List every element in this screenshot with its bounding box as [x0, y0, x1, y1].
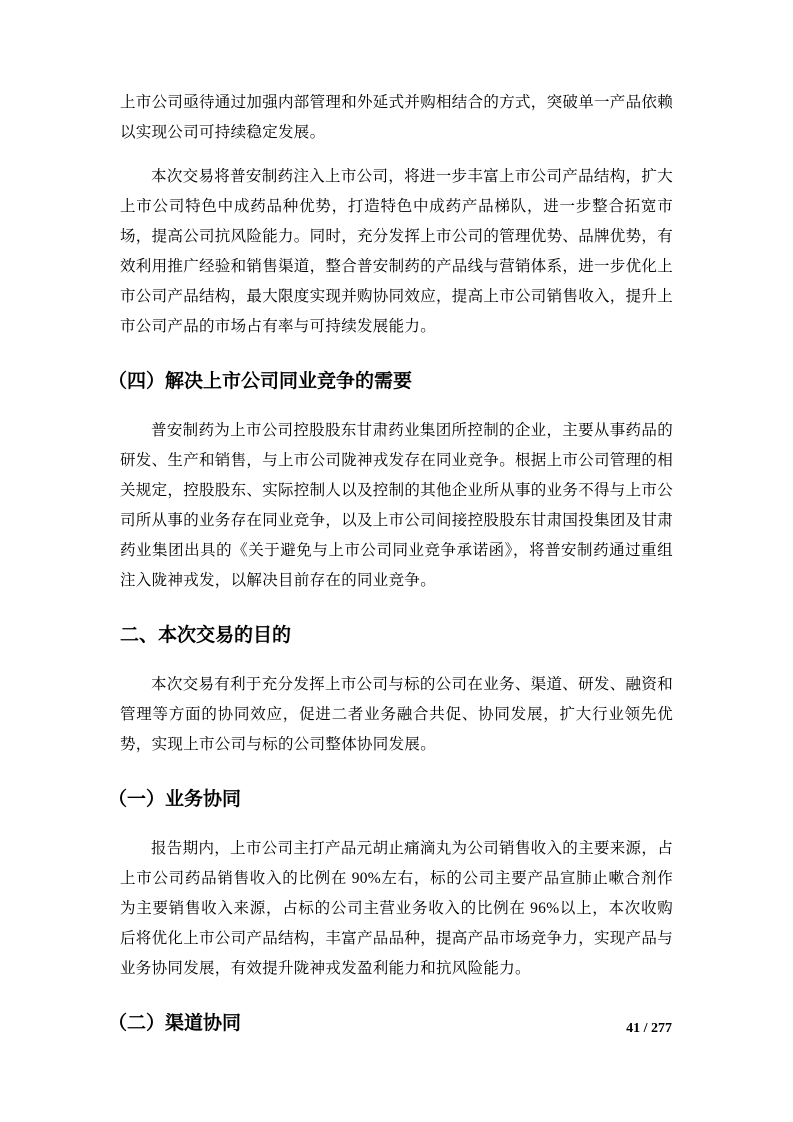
chapter-heading-transaction-purpose: 二、本次交易的目的	[120, 622, 673, 650]
body-paragraph: 本次交易将普安制药注入上市公司，将进一步丰富上市公司产品结构，扩大上市公司特色中…	[120, 162, 673, 342]
page-content: 上市公司亟待通过加强内部管理和外延式并购相结合的方式，突破单一产品依赖以实现公司…	[120, 88, 673, 1058]
body-paragraph: 本次交易有利于充分发挥上市公司与标的公司在业务、渠道、研发、融资和管理等方面的协…	[120, 670, 673, 760]
body-paragraph: 普安制药为上市公司控股股东甘肃药业集团所控制的企业，主要从事药品的研发、生产和销…	[120, 416, 673, 596]
body-paragraph-continuation: 上市公司亟待通过加强内部管理和外延式并购相结合的方式，突破单一产品依赖以实现公司…	[120, 88, 673, 148]
section-heading-channel-synergy: （二）渠道协同	[108, 1010, 673, 1038]
page-number: 41 / 277	[626, 1021, 672, 1037]
document-page: 上市公司亟待通过加强内部管理和外延式并购相结合的方式，突破单一产品依赖以实现公司…	[0, 0, 793, 1122]
section-heading-competition: （四）解决上市公司同业竞争的需要	[108, 368, 673, 396]
section-heading-business-synergy: （一）业务协同	[108, 786, 673, 814]
body-paragraph: 报告期内，上市公司主打产品元胡止痛滴丸为公司销售收入的主要来源，占上市公司药品销…	[120, 834, 673, 984]
